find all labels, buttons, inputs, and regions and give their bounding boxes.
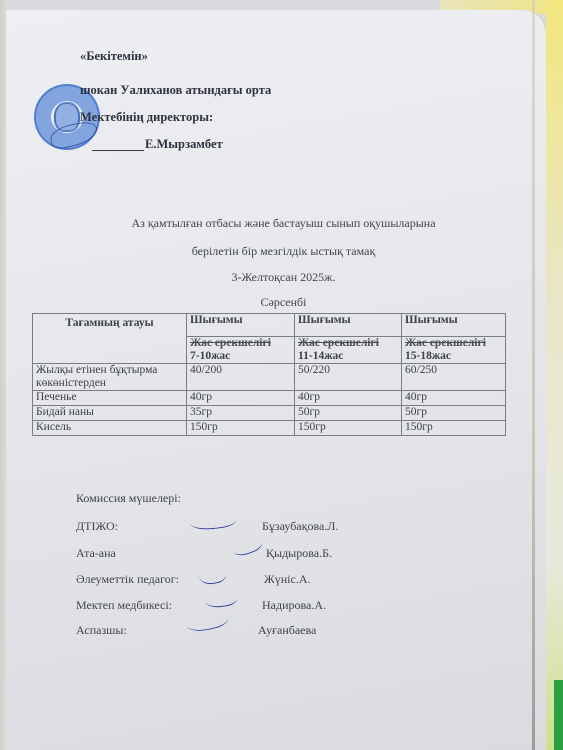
member-role: Аспазшы: <box>76 623 127 638</box>
commission-title: Комиссия мүшелері: <box>76 491 181 506</box>
portion-value: 40гр <box>402 391 506 406</box>
portion-value: 50/220 <box>295 364 402 391</box>
age-range: 15-18жас <box>405 350 502 363</box>
member-name: Жүніс.А. <box>264 572 311 587</box>
portion-value: 150гр <box>402 421 506 436</box>
dish-name: Жылқы етінен бұқтырма көкөністерден <box>33 364 187 391</box>
header-yield: Шығымы <box>402 314 506 337</box>
table-header-row: Тағамның атауы Шығымы Шығымы Шығымы <box>33 314 506 337</box>
portion-value: 40гр <box>187 391 295 406</box>
portion-value: 50гр <box>295 406 402 421</box>
member-name: Бұзаубақова.Л. <box>262 519 338 534</box>
director-name: Е.Мырзамбет <box>145 137 223 152</box>
member-name: Ауғанбаева <box>258 623 316 638</box>
member-role: ДТІЖО: <box>76 519 118 534</box>
table-row: Кисель 150гр 150гр 150гр <box>33 421 506 436</box>
age-label: Жас ерекшелігі <box>405 337 502 350</box>
portion-value: 60/250 <box>402 364 506 391</box>
portion-value: 150гр <box>187 421 295 436</box>
portion-value: 50гр <box>402 406 506 421</box>
member-role: Әлеуметтік педагог: <box>76 572 179 587</box>
age-range: 11-14жас <box>298 350 398 363</box>
member-name: Қыдырова.Б. <box>266 546 332 561</box>
portion-value: 150гр <box>295 421 402 436</box>
dish-name: Бидай наны <box>33 406 187 421</box>
header-yield: Шығымы <box>295 314 402 337</box>
portion-value: 35гр <box>187 406 295 421</box>
document-heading-line2: берілетін бір мезгілдік ыстық тамақ <box>2 244 563 259</box>
background-yellow-frame <box>546 0 563 750</box>
age-label: Жас ерекшелігі <box>190 337 291 350</box>
age-group-cell: Жас ерекшелігі 7-10жас <box>187 337 295 364</box>
director-signature-line <box>92 150 144 151</box>
member-role: Мектеп медбикесі: <box>76 598 172 613</box>
background-green-object <box>554 680 563 750</box>
dish-name: Кисель <box>33 421 187 436</box>
director-label: Мектебінің директоры: <box>80 110 213 125</box>
table-row: Жылқы етінен бұқтырма көкөністерден 40/2… <box>33 364 506 391</box>
school-name: шокан Уалиханов атындағы орта <box>80 83 271 98</box>
header-yield: Шығымы <box>187 314 295 337</box>
approval-title: «Бекітемін» <box>80 49 148 64</box>
sheet-edge-shadow <box>532 0 535 750</box>
header-dish-name: Тағамның атауы <box>33 314 187 364</box>
age-group-cell: Жас ерекшелігі 15-18жас <box>402 337 506 364</box>
member-name: Надирова.А. <box>262 598 326 613</box>
document-heading-line1: Аз қамтылған отбасы және бастауыш сынып … <box>2 216 563 231</box>
document-weekday: Сәрсенбі <box>2 295 563 310</box>
portion-value: 40/200 <box>187 364 295 391</box>
member-role: Ата-ана <box>76 546 116 561</box>
portion-value: 40гр <box>295 391 402 406</box>
age-label: Жас ерекшелігі <box>298 337 398 350</box>
document-date: 3-Желтоқсан 2025ж. <box>2 270 563 285</box>
table-row: Печенье 40гр 40гр 40гр <box>33 391 506 406</box>
dish-name: Печенье <box>33 391 187 406</box>
menu-table: Тағамның атауы Шығымы Шығымы Шығымы Жас … <box>32 313 506 436</box>
table-row: Бидай наны 35гр 50гр 50гр <box>33 406 506 421</box>
age-range: 7-10жас <box>190 350 291 363</box>
age-group-cell: Жас ерекшелігі 11-14жас <box>295 337 402 364</box>
